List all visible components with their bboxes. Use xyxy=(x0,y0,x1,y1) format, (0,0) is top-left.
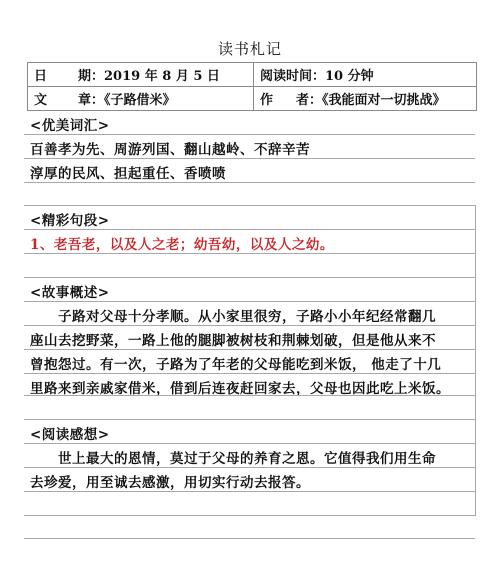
summary-heading: <故事概述> xyxy=(30,281,110,301)
article-value: 《子路借米》 xyxy=(104,93,176,108)
read-time-label: 阅读时间： xyxy=(260,69,325,84)
rule-line xyxy=(24,182,475,183)
rule-line xyxy=(24,491,475,492)
article-cell: 文章：《子路借米》 xyxy=(28,87,254,111)
vocab-heading: <优美词汇> xyxy=(30,114,110,134)
rule-line xyxy=(24,538,475,539)
reflection-heading: <阅读感想> xyxy=(30,423,110,443)
summary-line-1: 子路对父母十分孝顺。从小家里很穷，子路小小年纪经常翻几 xyxy=(30,305,436,325)
info-row-date: 日期：2019 年 8 月 5 日 阅读时间：10 分钟 xyxy=(28,63,477,87)
rule-line xyxy=(24,134,475,135)
rule-line xyxy=(24,253,475,254)
date-label-2: 期： xyxy=(78,69,104,84)
rule-line xyxy=(24,277,475,278)
summary-line-3: 曾抱怨过。有一次，子路为了年老的父母能吃到米饭， 他走了十几 xyxy=(30,353,441,373)
rule-line xyxy=(24,373,475,374)
right-border xyxy=(475,205,476,516)
excerpts-heading: <精彩句段> xyxy=(30,209,110,229)
date-value: 2019 年 8 月 5 日 xyxy=(104,69,220,84)
rule-line xyxy=(24,158,475,159)
rule-line xyxy=(24,229,475,230)
date-label-1: 日 xyxy=(34,65,78,84)
rule-line xyxy=(24,419,475,420)
page-title: 读书札记 xyxy=(0,38,500,59)
reflection-line-1: 世上最大的恩情，莫过于父母的养育之恩。它值得我们用生命 xyxy=(30,447,436,467)
date-cell: 日期：2019 年 8 月 5 日 xyxy=(28,63,254,87)
author-value: 《我能面对一切挑战》 xyxy=(322,93,446,108)
vocab-line-1: 百善孝为先、周游列国、翻山越岭、不辞辛苦 xyxy=(30,138,310,158)
rule-line xyxy=(24,349,475,350)
read-time-cell: 阅读时间：10 分钟 xyxy=(254,63,477,87)
rule-line xyxy=(24,325,475,326)
article-label-1: 文 xyxy=(34,89,78,108)
rule-line xyxy=(24,301,475,302)
read-time-value: 10 分钟 xyxy=(325,69,374,84)
reflection-line-2: 去珍爱，用至诚去感激，用切实行动去报答。 xyxy=(30,471,310,491)
rule-line xyxy=(24,515,475,516)
author-label-2: 者： xyxy=(296,93,322,108)
vocab-line-2: 淳厚的民风、担起重任、香喷喷 xyxy=(30,162,226,182)
rule-line xyxy=(24,395,475,396)
article-label-2: 章： xyxy=(78,93,104,108)
author-label-1: 作 xyxy=(260,89,296,108)
rule-line xyxy=(24,205,475,206)
summary-line-2: 座山去挖野菜，一路上他的腿脚被树枝和荆棘划破，但是他从来不 xyxy=(30,329,436,349)
info-table: 日期：2019 年 8 月 5 日 阅读时间：10 分钟 文章：《子路借米》 作… xyxy=(27,62,477,111)
summary-line-4: 里路来到亲戚家借米，借到后连夜赶回家去，父母也因此吃上米饭。 xyxy=(30,377,450,397)
rule-line xyxy=(24,467,475,468)
info-row-article: 文章：《子路借米》 作者：《我能面对一切挑战》 xyxy=(28,87,477,111)
rule-line xyxy=(24,443,475,444)
excerpt-line-1: 1、老吾老，以及人之老；幼吾幼，以及人之幼。 xyxy=(30,233,334,253)
author-cell: 作者：《我能面对一切挑战》 xyxy=(254,87,477,111)
